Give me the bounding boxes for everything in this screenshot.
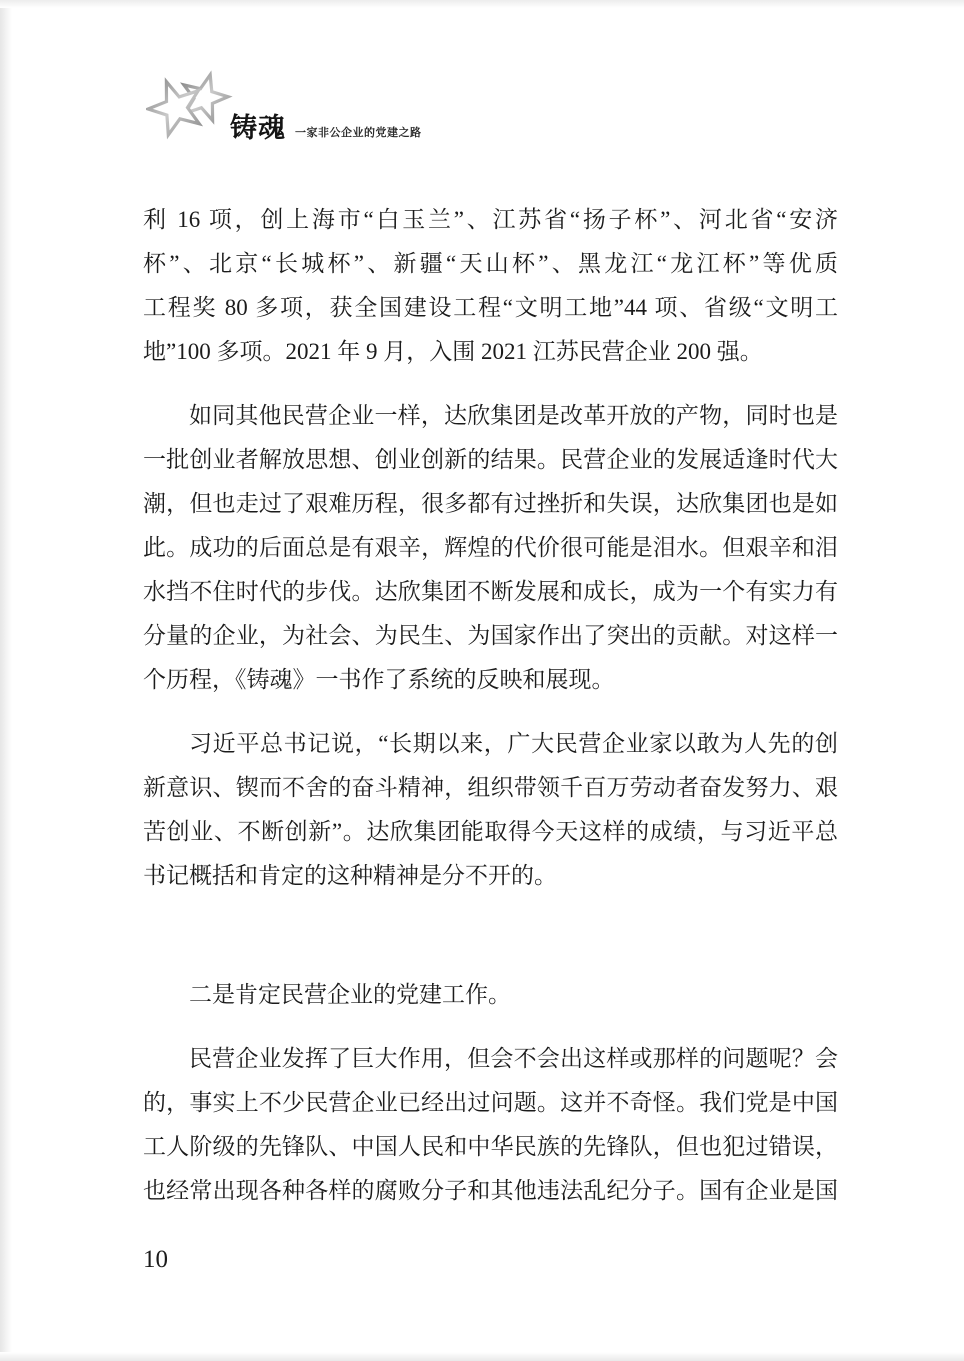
text-line: 分量的企业，为社会、为民生、为国家作出了突出的贡献。对这样一 <box>143 614 838 658</box>
text-line: 潮，但也走过了艰难历程，很多都有过挫折和失误，达欣集团也是如 <box>143 482 838 526</box>
text-line: 习近平总书记说，“长期以来，广大民营企业家以敢为人先的创 <box>143 722 838 766</box>
text-line: 工程奖 80 多项，获全国建设工程“文明工地”44 项、省级“文明工 <box>143 286 838 330</box>
paragraph: 习近平总书记说，“长期以来，广大民营企业家以敢为人先的创新意识、锲而不舍的奋斗精… <box>143 722 838 898</box>
text-line: 书记概括和肯定的这种精神是分不开的。 <box>143 854 838 898</box>
paragraph: 民营企业发挥了巨大作用，但会不会出这样或那样的问题呢？会的，事实上不少民营企业已… <box>143 1037 838 1213</box>
text-line: 地”100 多项。2021 年 9 月，入围 2021 江苏民营企业 200 强… <box>143 330 838 374</box>
book-header-logo: 铸魂 一家非公企业的党建之路 <box>146 68 422 145</box>
text-line: 也经常出现各种各样的腐败分子和其他违法乱纪分子。国有企业是国 <box>143 1169 838 1213</box>
text-line: 如同其他民营企业一样，达欣集团是改革开放的产物，同时也是 <box>143 394 838 438</box>
book-title: 铸魂 <box>230 115 286 145</box>
text-line: 一批创业者解放思想、创业创新的结果。民营企业的发展适逢时代大 <box>143 438 838 482</box>
text-line: 新意识、锲而不舍的奋斗精神，组织带领千百万劳动者奋发努力、艰 <box>143 766 838 810</box>
text-block: 利 16 项，创上海市“白玉兰”、江苏省“扬子杯”、河北省“安济杯”、北京“长城… <box>143 198 838 1213</box>
text-line: 民营企业发挥了巨大作用，但会不会出这样或那样的问题呢？会 <box>143 1037 838 1081</box>
page-edge-bottom <box>0 1352 964 1361</box>
page-number: 10 <box>143 1246 168 1274</box>
paragraph: 利 16 项，创上海市“白玉兰”、江苏省“扬子杯”、河北省“安济杯”、北京“长城… <box>143 198 838 374</box>
text-line: 二是肯定民营企业的党建工作。 <box>143 973 838 1017</box>
text-line: 的，事实上不少民营企业已经出过问题。这并不奇怪。我们党是中国 <box>143 1081 838 1125</box>
page-edge-top <box>0 0 964 8</box>
text-line: 个历程，《铸魂》一书作了系统的反映和展现。 <box>143 658 838 702</box>
text-line: 工人阶级的先锋队、中国人民和中华民族的先锋队，但也犯过错误， <box>143 1125 838 1169</box>
page-edge-left <box>0 0 12 1361</box>
text-line: 利 16 项，创上海市“白玉兰”、江苏省“扬子杯”、河北省“安济 <box>143 198 838 242</box>
text-line: 此。成功的后面总是有艰辛，辉煌的代价很可能是泪水。但艰辛和泪 <box>143 526 838 570</box>
text-line: 苦创业、不断创新”。达欣集团能取得今天这样的成绩，与习近平总 <box>143 810 838 854</box>
text-line: 杯”、北京“长城杯”、新疆“天山杯”、黑龙江“龙江杯”等优质 <box>143 242 838 286</box>
section-heading: 二是肯定民营企业的党建工作。 <box>143 973 838 1017</box>
text-line: 水挡不住时代的步伐。达欣集团不断发展和成长，成为一个有实力有 <box>143 570 838 614</box>
paragraph: 如同其他民营企业一样，达欣集团是改革开放的产物，同时也是一批创业者解放思想、创业… <box>143 394 838 702</box>
book-subtitle: 一家非公企业的党建之路 <box>295 128 422 145</box>
double-star-icon <box>146 68 236 145</box>
